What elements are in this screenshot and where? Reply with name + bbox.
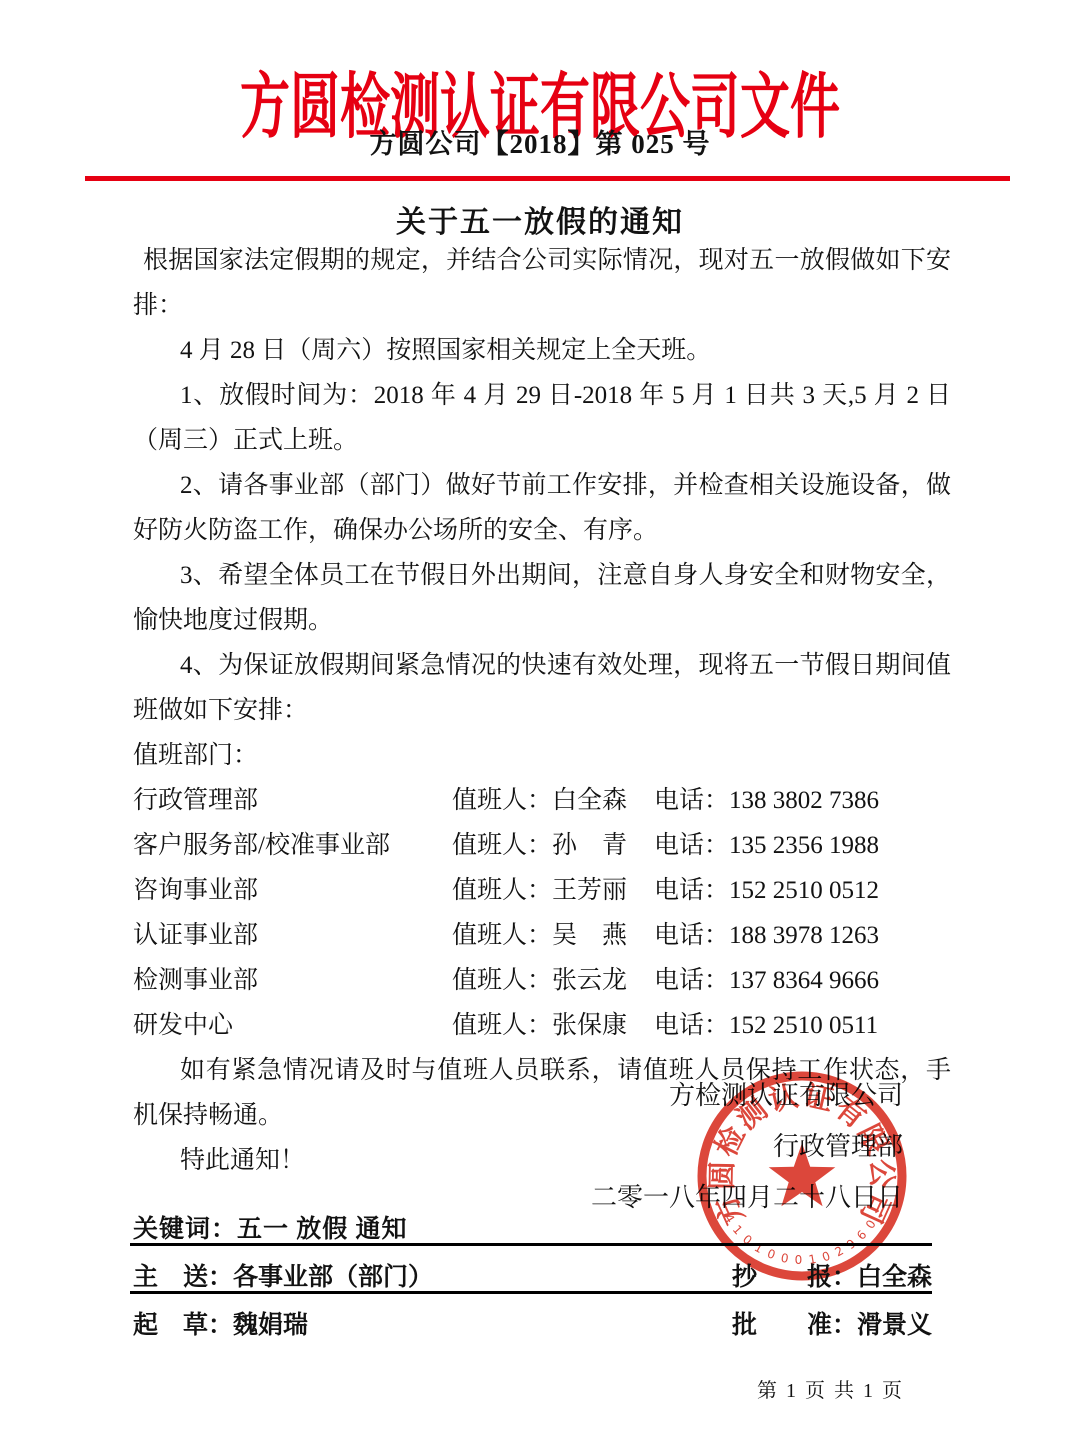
- red-separator-line: [85, 176, 1010, 181]
- duty-person: 值班人：张保康: [452, 1003, 654, 1048]
- divider-line: [130, 1291, 932, 1294]
- duty-person: 值班人：张云龙: [452, 958, 654, 1003]
- duty-row: 客户服务部/校准事业部 值班人：孙 青 电话：135 2356 1988: [133, 823, 951, 868]
- duty-person-name: 白全森: [552, 787, 627, 814]
- duty-phone: 电话：152 2510 0511: [654, 1003, 951, 1048]
- duty-phone-label: 电话：: [654, 1012, 729, 1039]
- paragraph-item-2: 2、请各事业部（部门）做好节前工作安排，并检查相关设施设备，做好防火防盗工作，确…: [133, 463, 951, 553]
- copy-report-value: 白全森: [857, 1264, 932, 1291]
- main-send-label: 主 送：: [133, 1264, 233, 1291]
- duty-dept: 认证事业部: [133, 913, 452, 958]
- doc-number: 方圆公司【2018】第 025 号: [0, 122, 1080, 161]
- meta-row-draft: 起 草：魏娟瑞 批 准：滑景义: [133, 1305, 932, 1341]
- duty-person-label: 值班人：: [452, 787, 552, 814]
- duty-phone-number: 135 2356 1988: [729, 832, 879, 859]
- duty-phone-number: 152 2510 0511: [729, 1012, 878, 1039]
- notice-body: 根据国家法定假期的规定，并结合公司实际情况，现对五一放假做如下安排： 4 月 2…: [133, 238, 951, 1183]
- duty-phone: 电话：152 2510 0512: [654, 868, 951, 913]
- duty-phone: 电话：135 2356 1988: [654, 823, 951, 868]
- paragraph-item-3: 3、希望全体员工在节假日外出期间，注意自身人身安全和财物安全，愉快地度过假期。: [133, 553, 951, 643]
- duty-phone: 电话：137 8364 9666: [654, 958, 951, 1003]
- duty-row: 咨询事业部 值班人：王芳丽 电话：152 2510 0512: [133, 868, 951, 913]
- seal-star-icon: [769, 1143, 836, 1206]
- copy-report-label: 抄 报：: [732, 1264, 857, 1291]
- duty-phone-number: 188 3978 1263: [729, 922, 879, 949]
- duty-phone-label: 电话：: [654, 967, 729, 994]
- duty-person-label: 值班人：: [452, 1012, 552, 1039]
- approve-cell: 批 准：滑景义: [732, 1305, 932, 1341]
- draft-cell: 起 草：魏娟瑞: [133, 1305, 308, 1341]
- draft-label: 起 草：: [133, 1312, 233, 1339]
- duty-phone-label: 电话：: [654, 787, 729, 814]
- duty-person-name: 张云龙: [552, 967, 627, 994]
- approve-value: 滑景义: [857, 1312, 932, 1339]
- duty-dept: 咨询事业部: [133, 868, 452, 913]
- copy-report-cell: 抄 报：白全森: [732, 1257, 932, 1293]
- duty-person-label: 值班人：: [452, 922, 552, 949]
- duty-person-label: 值班人：: [452, 832, 552, 859]
- paragraph-item-4: 4、为保证放假期间紧急情况的快速有效处理，现将五一节假日期间值班做如下安排：: [133, 643, 951, 733]
- duty-phone-number: 152 2510 0512: [729, 877, 879, 904]
- divider-line: [130, 1243, 932, 1246]
- duty-dept: 行政管理部: [133, 778, 452, 823]
- duty-phone-label: 电话：: [654, 922, 729, 949]
- duty-dept: 研发中心: [133, 1003, 452, 1048]
- duty-person-name: 吴 燕: [552, 922, 627, 949]
- paragraph-intro: 根据国家法定假期的规定，并结合公司实际情况，现对五一放假做如下安排：: [133, 238, 951, 328]
- duty-phone-number: 137 8364 9666: [729, 967, 879, 994]
- duty-person-label: 值班人：: [452, 877, 552, 904]
- duty-phone-number: 138 3802 7386: [729, 787, 879, 814]
- duty-row: 检测事业部 值班人：张云龙 电话：137 8364 9666: [133, 958, 951, 1003]
- duty-person-name: 张保康: [552, 1012, 627, 1039]
- duty-person: 值班人：白全森: [452, 778, 654, 823]
- duty-phone-label: 电话：: [654, 877, 729, 904]
- duty-person: 值班人：吴 燕: [452, 913, 654, 958]
- company-seal: 方圆检测认证有限公司 4101000102960: [690, 1062, 914, 1290]
- main-send-value: 各事业部（部门）: [233, 1264, 433, 1291]
- duty-row: 认证事业部 值班人：吴 燕 电话：188 3978 1263: [133, 913, 951, 958]
- document-page: 方圆检测认证有限公司文件 方圆公司【2018】第 025 号 关于五一放假的通知…: [0, 0, 1080, 1440]
- page-footer: 第 1 页 共 1 页: [757, 1374, 904, 1403]
- main-send-cell: 主 送：各事业部（部门）: [133, 1257, 433, 1293]
- meta-row-send: 主 送：各事业部（部门） 抄 报：白全森: [133, 1257, 932, 1293]
- duty-row: 研发中心 值班人：张保康 电话：152 2510 0511: [133, 1003, 951, 1048]
- duty-departments-label: 值班部门：: [133, 733, 951, 778]
- duty-person-label: 值班人：: [452, 967, 552, 994]
- duty-table: 行政管理部 值班人：白全森 电话：138 3802 7386 客户服务部/校准事…: [133, 778, 951, 1048]
- duty-person: 值班人：王芳丽: [452, 868, 654, 913]
- duty-person: 值班人：孙 青: [452, 823, 654, 868]
- paragraph-workday: 4 月 28 日（周六）按照国家相关规定上全天班。: [133, 328, 951, 373]
- duty-person-name: 王芳丽: [552, 877, 627, 904]
- notice-title: 关于五一放假的通知: [0, 197, 1080, 241]
- keywords-line: 关键词：五一 放假 通知: [133, 1209, 408, 1245]
- duty-dept: 检测事业部: [133, 958, 452, 1003]
- paragraph-item-1: 1、放假时间为：2018 年 4 月 29 日-2018 年 5 月 1 日共 …: [133, 373, 951, 463]
- duty-dept: 客户服务部/校准事业部: [133, 823, 452, 868]
- duty-person-name: 孙 青: [552, 832, 627, 859]
- duty-phone: 电话：138 3802 7386: [654, 778, 951, 823]
- duty-phone-label: 电话：: [654, 832, 729, 859]
- approve-label: 批 准：: [732, 1312, 857, 1339]
- draft-value: 魏娟瑞: [233, 1312, 308, 1339]
- duty-phone: 电话：188 3978 1263: [654, 913, 951, 958]
- duty-row: 行政管理部 值班人：白全森 电话：138 3802 7386: [133, 778, 951, 823]
